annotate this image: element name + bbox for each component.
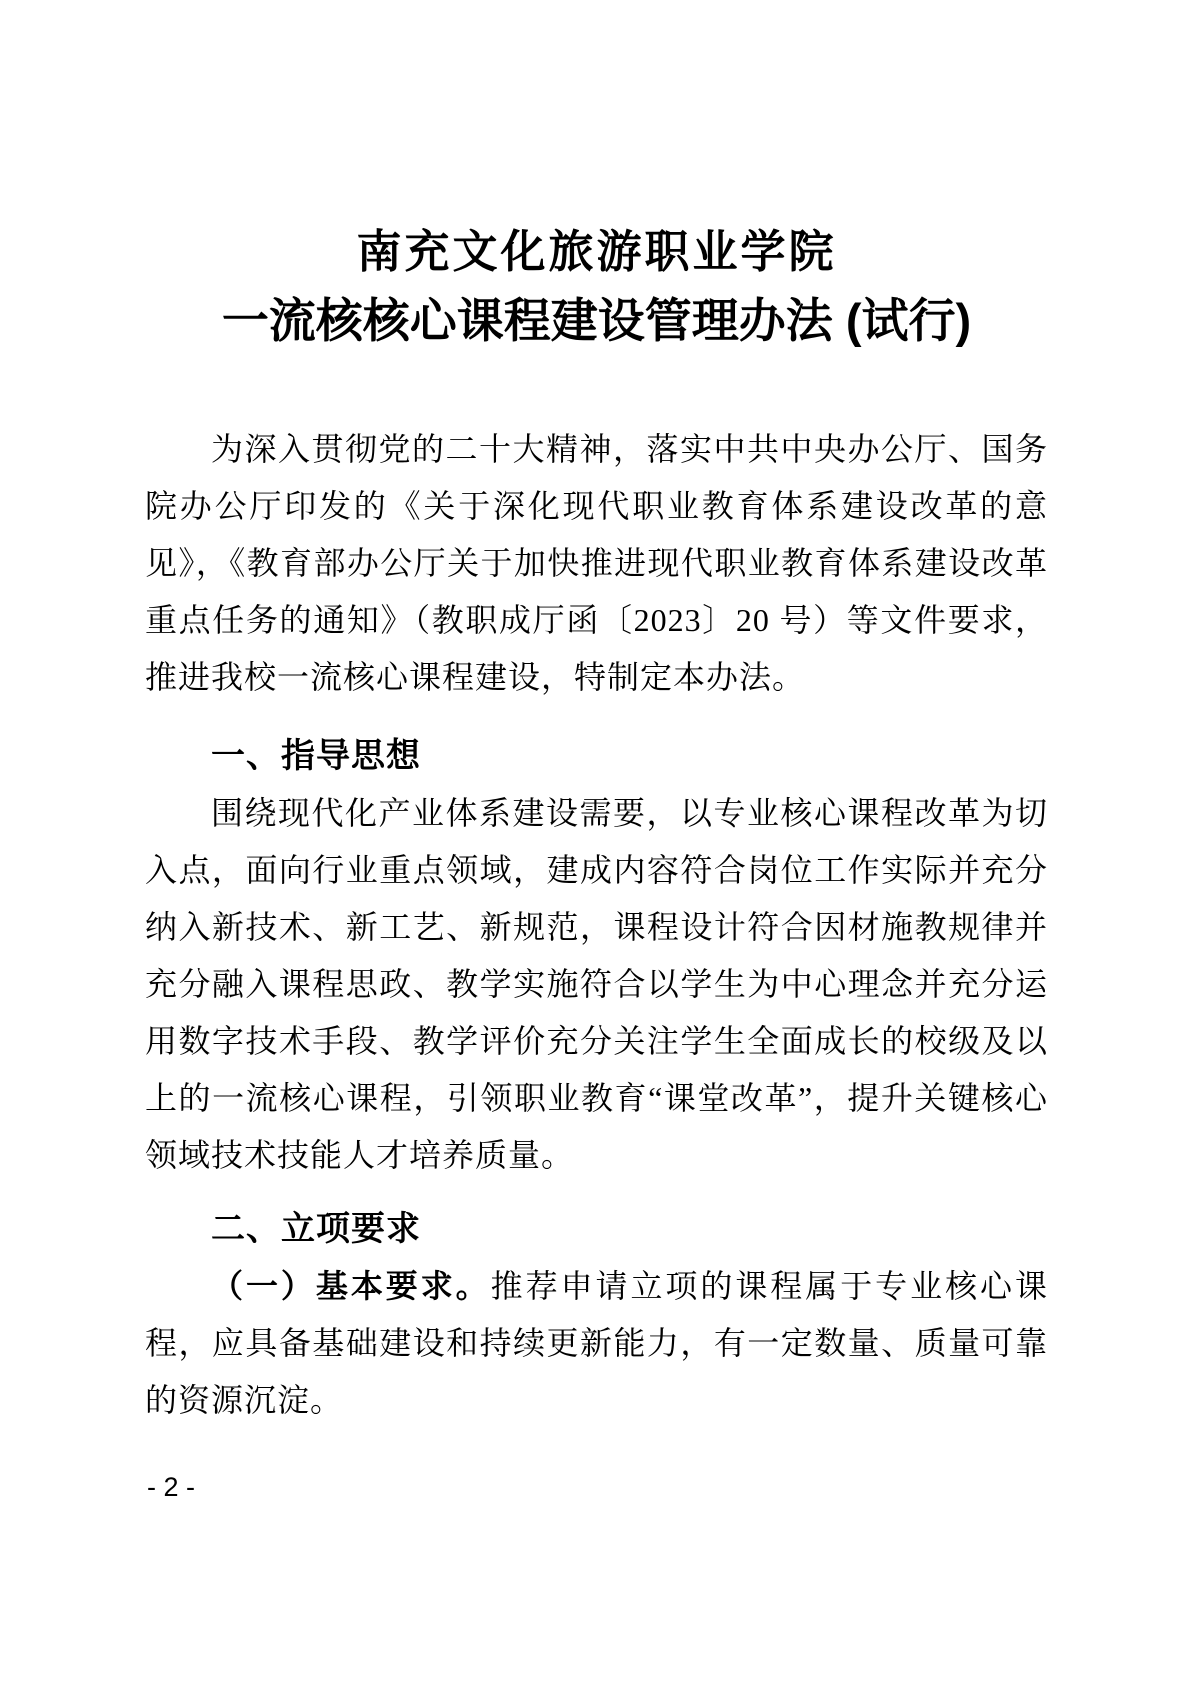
document-title: 南充文化旅游职业学院 一流核核心课程建设管理办法 (试行): [145, 218, 1048, 356]
section2-item1-label: （一）基本要求。: [211, 1268, 491, 1304]
section2-item1-paragraph: （一）基本要求。推荐申请立项的课程属于专业核心课程，应具备基础建设和持续更新能力…: [145, 1258, 1048, 1429]
document-title-line2: 一流核核心课程建设管理办法 (试行): [145, 286, 1048, 356]
document-page: 南充文化旅游职业学院 一流核核心课程建设管理办法 (试行) 为深入贯彻党的二十大…: [0, 0, 1191, 1684]
section2-heading: 二、立项要求: [145, 1201, 1048, 1258]
page-number: - 2 -: [147, 1470, 195, 1504]
intro-paragraph: 为深入贯彻党的二十大精神，落实中共中央办公厅、国务院办公厅印发的《关于深化现代职…: [145, 421, 1048, 706]
section1-paragraph: 围绕现代化产业体系建设需要，以专业核心课程改革为切入点，面向行业重点领域，建成内…: [145, 785, 1048, 1184]
section1-heading: 一、指导思想: [145, 728, 1048, 785]
document-title-line1: 南充文化旅游职业学院: [145, 218, 1048, 286]
document-content: 南充文化旅游职业学院 一流核核心课程建设管理办法 (试行) 为深入贯彻党的二十大…: [145, 218, 1048, 1429]
